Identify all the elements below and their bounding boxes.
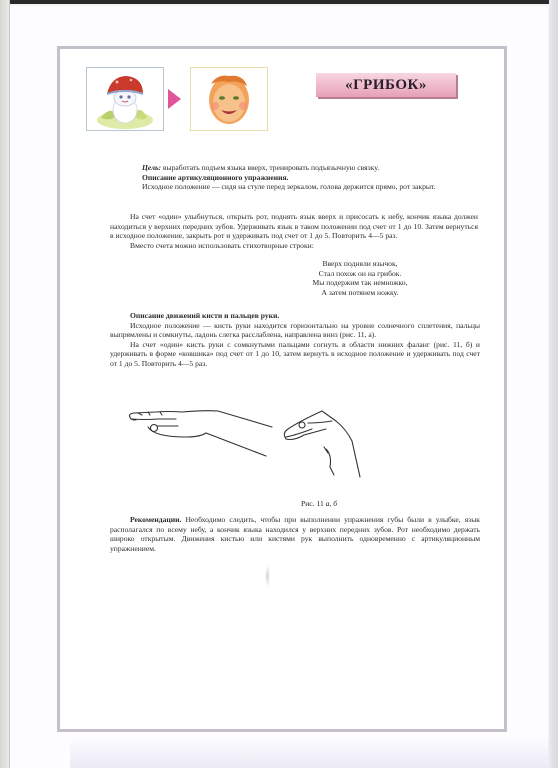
- poem-line: Мы подержим так немножко,: [285, 278, 435, 288]
- hand-exercise-section: Описание движений кисти и пальцев руки. …: [110, 311, 480, 369]
- recommendations-label: Рекомендации.: [130, 515, 181, 524]
- hand-paragraph-2: На счет «один» кисть руки с сомкнутыми п…: [110, 340, 480, 369]
- hand-exercise-heading: Описание движений кисти и пальцев руки.: [110, 311, 480, 321]
- smiling-boy-face-picture: [190, 67, 268, 131]
- goal-text: выработать подъем языка вверх, тренирова…: [161, 163, 379, 172]
- page-frame: «ГРИБОК» Цель: выработать подъем языка в…: [57, 46, 507, 732]
- figure-caption-letters: а, б: [326, 499, 337, 508]
- page-title-text: «ГРИБОК»: [345, 77, 427, 94]
- step-paragraph-1: На счет «один» улыбнуться, открыть рот, …: [110, 212, 478, 241]
- recommendations-section: Рекомендации. Необходимо следить, чтобы …: [110, 515, 480, 553]
- mushroom-character-picture: [86, 67, 164, 131]
- document-page: «ГРИБОК» Цель: выработать подъем языка в…: [10, 6, 548, 768]
- flat-hand-drawing: [130, 411, 273, 456]
- figure-caption: Рис. 11 а, б: [301, 499, 337, 508]
- hand-paragraph-1: Исходное положение — кисть руки находитс…: [110, 321, 480, 340]
- step-paragraph-2: Вместо счета можно использовать стихотво…: [110, 241, 478, 251]
- start-position-text: Исходное положение — сидя на стуле перед…: [142, 182, 492, 192]
- poem-line: А затем потянем ножку.: [285, 288, 435, 298]
- poem: Вверх подняли язычок, Стал похож он на г…: [285, 259, 435, 297]
- scan-smudge: [265, 565, 270, 587]
- goal-label: Цель:: [142, 163, 161, 172]
- scan-edge-left: [0, 0, 10, 768]
- page-title: «ГРИБОК»: [316, 73, 456, 97]
- scan-edge-right: [549, 0, 558, 768]
- steps-section: На счет «один» улыбнуться, открыть рот, …: [110, 212, 478, 250]
- poem-line: Стал похож он на грибок.: [285, 269, 435, 279]
- goal-section: Цель: выработать подъем языка вверх, тре…: [142, 163, 492, 192]
- goal-line: Цель: выработать подъем языка вверх, тре…: [142, 163, 492, 173]
- figure-caption-prefix: Рис. 11: [301, 499, 326, 508]
- page-shadow: [70, 738, 550, 768]
- poem-line: Вверх подняли язычок,: [285, 259, 435, 269]
- recommendations-paragraph: Рекомендации. Необходимо следить, чтобы …: [110, 515, 480, 553]
- pink-arrow-icon: [168, 89, 181, 109]
- cupped-hand-drawing: [284, 411, 360, 477]
- scan-edge-top: [0, 0, 558, 4]
- exercise-heading: Описание артикуляционного упражнения.: [142, 173, 492, 183]
- hand-figure: [126, 407, 386, 482]
